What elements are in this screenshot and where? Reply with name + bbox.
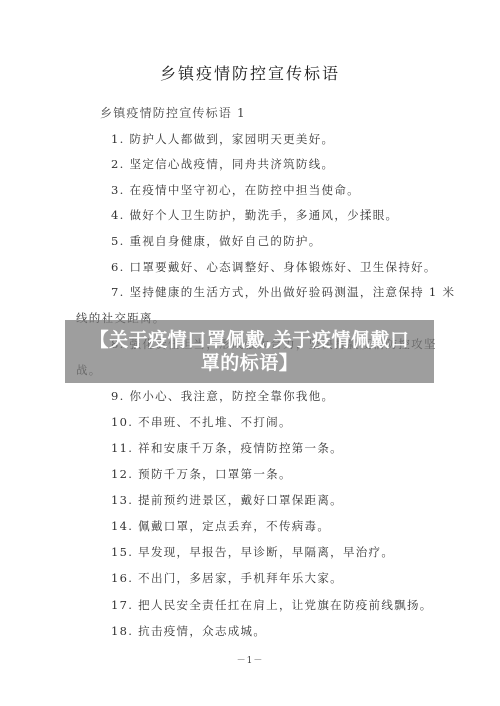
slogan-item-1: 1. 防护人人都做到，家园明天更美好。 bbox=[111, 131, 334, 147]
slogan-item-15: 15. 早发现，早报告，早诊断，早隔离，早治疗。 bbox=[111, 544, 394, 560]
document-title: 乡镇疫情防控宣传标语 bbox=[0, 61, 500, 84]
slogan-item-11: 11. 祥和安康千万条，疫情防控第一条。 bbox=[111, 440, 343, 456]
slogan-item-12: 12. 预防千万条，口罩第一条。 bbox=[111, 466, 292, 482]
overlay-title-line-1: 【关于疫情口罩佩戴,关于疫情佩戴口 bbox=[90, 329, 410, 352]
slogan-item-17: 17. 把人民安全责任扛在肩上，让党旗在防疫前线飘扬。 bbox=[111, 597, 433, 613]
slogan-item-14: 14. 佩戴口罩，定点丢弃，不传病毒。 bbox=[111, 518, 330, 534]
slogan-item-13: 13. 提前预约进景区，戴好口罩保距离。 bbox=[111, 492, 343, 508]
slogan-item-4: 4. 做好个人卫生防护，勤洗手，多通风，少揉眼。 bbox=[111, 207, 398, 223]
document-page: 乡镇疫情防控宣传标语 乡镇疫情防控宣传标语 1 1. 防护人人都做到，家园明天更… bbox=[0, 0, 500, 706]
slogan-item-10: 10. 不串班、不扎堆、不打闹。 bbox=[111, 414, 292, 430]
slogan-item-9: 9. 你小心、我注意，防控全靠你我他。 bbox=[111, 388, 334, 404]
page-number: －1－ bbox=[0, 653, 500, 666]
title-overlay-banner: 【关于疫情口罩佩戴,关于疫情佩戴口 罩的标语】 bbox=[65, 320, 434, 383]
slogan-item-3: 3. 在疫情中坚守初心，在防控中担当使命。 bbox=[111, 182, 360, 198]
slogan-item-7: 7. 坚持健康的生活方式，外出做好验码测温，注意保持 1 米 bbox=[111, 284, 455, 300]
slogan-item-5: 5. 重视自身健康，做好自己的防护。 bbox=[111, 233, 322, 249]
document-subtitle: 乡镇疫情防控宣传标语 1 bbox=[100, 104, 246, 121]
slogan-item-16: 16. 不出门，多居家，手机拜年乐大家。 bbox=[111, 570, 343, 586]
overlay-title-line-2: 罩的标语】 bbox=[201, 352, 299, 375]
slogan-item-2: 2. 坚定信心战疫情，同舟共济筑防线。 bbox=[111, 156, 334, 172]
slogan-item-18: 18. 抗击疫情，众志成城。 bbox=[111, 623, 266, 639]
slogan-item-6: 6. 口罩要戴好、心态调整好、身体锻炼好、卫生保持好。 bbox=[111, 259, 437, 275]
